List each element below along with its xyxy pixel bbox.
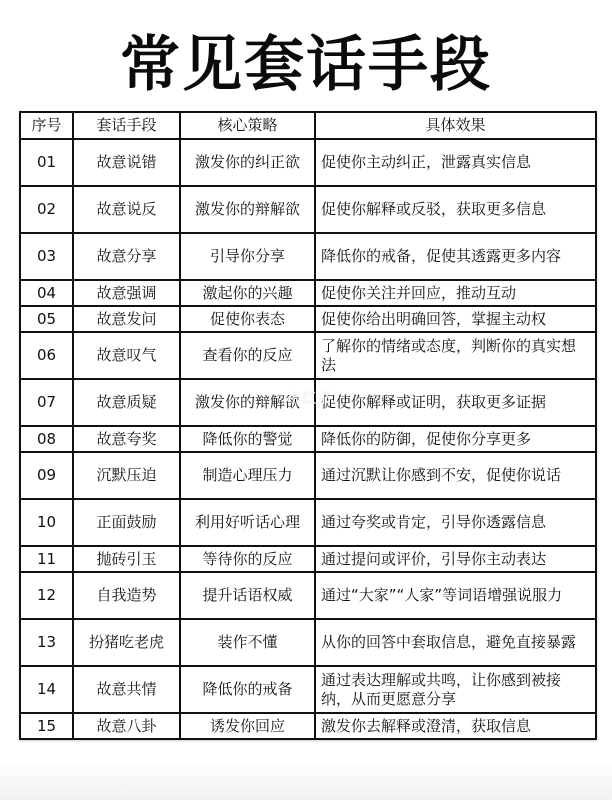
row-index: 07 <box>20 379 73 426</box>
row-strategy: 激发你的纠正欲 <box>180 139 315 186</box>
row-effect: 了解你的情绪或态度，判断你的真实想法 <box>315 332 596 379</box>
row-effect: 促使你主动纠正，泄露真实信息 <box>315 139 596 186</box>
row-tactic: 故意强调 <box>73 280 180 306</box>
table-row: 06故意叹气查看你的反应了解你的情绪或态度，判断你的真实想法 <box>20 332 596 379</box>
row-effect: 通过提问或评价，引导你主动表达 <box>315 546 596 572</box>
row-effect: 通过“大家”“人家”等词语增强说服力 <box>315 572 596 619</box>
row-index: 06 <box>20 332 73 379</box>
row-strategy: 促使你表态 <box>180 306 315 332</box>
header-strategy: 核心策略 <box>180 112 315 139</box>
row-strategy: 装作不懂 <box>180 619 315 666</box>
row-tactic: 故意质疑 <box>73 379 180 426</box>
row-strategy: 提升话语权威 <box>180 572 315 619</box>
table-row: 04故意强调激起你的兴趣促使你关注并回应，推动互动 <box>20 280 596 306</box>
table-row: 09沉默压迫制造心理压力通过沉默让你感到不安，促使你说话 <box>20 452 596 499</box>
row-strategy: 查看你的反应 <box>180 332 315 379</box>
row-effect: 降低你的防御，促使你分享更多 <box>315 426 596 452</box>
row-tactic: 故意分享 <box>73 233 180 280</box>
row-strategy: 诱发你回应 <box>180 713 315 739</box>
row-tactic: 故意说错 <box>73 139 180 186</box>
row-effect: 促使你解释或证明，获取更多证据 <box>315 379 596 426</box>
row-index: 10 <box>20 499 73 546</box>
table-row: 12自我造势提升话语权威通过“大家”“人家”等词语增强说服力 <box>20 572 596 619</box>
row-index: 05 <box>20 306 73 332</box>
row-strategy: 制造心理压力 <box>180 452 315 499</box>
header-effect: 具体效果 <box>315 112 596 139</box>
row-strategy: 等待你的反应 <box>180 546 315 572</box>
row-effect: 降低你的戒备，促使其透露更多内容 <box>315 233 596 280</box>
row-strategy: 激发你的辩解欲 <box>180 186 315 233</box>
row-index: 04 <box>20 280 73 306</box>
table-row: 11抛砖引玉等待你的反应通过提问或评价，引导你主动表达 <box>20 546 596 572</box>
row-tactic: 故意叹气 <box>73 332 180 379</box>
row-index: 14 <box>20 666 73 713</box>
row-tactic: 故意八卦 <box>73 713 180 739</box>
table-row: 10正面鼓励利用好听话心理通过夸奖或肯定，引导你透露信息 <box>20 499 596 546</box>
page-title: 常见套话手段 <box>0 30 612 100</box>
row-tactic: 抛砖引玉 <box>73 546 180 572</box>
row-strategy: 降低你的戒备 <box>180 666 315 713</box>
background-fade <box>0 760 612 800</box>
row-index: 15 <box>20 713 73 739</box>
table-row: 02故意说反激发你的辩解欲促使你解释或反驳，获取更多信息 <box>20 186 596 233</box>
row-index: 01 <box>20 139 73 186</box>
row-effect: 促使你给出明确回答，掌握主动权 <box>315 306 596 332</box>
table-row: 03故意分享引导你分享降低你的戒备，促使其透露更多内容 <box>20 233 596 280</box>
table-row: 13扮猪吃老虎装作不懂从你的回答中套取信息，避免直接暴露 <box>20 619 596 666</box>
watermark-logo: 小红书 <box>287 388 332 408</box>
row-index: 09 <box>20 452 73 499</box>
row-effect: 通过沉默让你感到不安，促使你说话 <box>315 452 596 499</box>
row-index: 12 <box>20 572 73 619</box>
table-row: 05故意发问促使你表态促使你给出明确回答，掌握主动权 <box>20 306 596 332</box>
row-index: 03 <box>20 233 73 280</box>
row-tactic: 扮猪吃老虎 <box>73 619 180 666</box>
table-row: 14故意共情降低你的戒备通过表达理解或共鸣，让你感到被接纳，从而更愿意分享 <box>20 666 596 713</box>
table-row: 08故意夸奖降低你的警觉降低你的防御，促使你分享更多 <box>20 426 596 452</box>
header-tactic: 套话手段 <box>73 112 180 139</box>
table-header-row: 序号 套话手段 核心策略 具体效果 <box>20 112 596 139</box>
row-strategy: 引导你分享 <box>180 233 315 280</box>
row-index: 13 <box>20 619 73 666</box>
table-row: 01故意说错激发你的纠正欲促使你主动纠正，泄露真实信息 <box>20 139 596 186</box>
row-index: 11 <box>20 546 73 572</box>
row-tactic: 故意共情 <box>73 666 180 713</box>
header-index: 序号 <box>20 112 73 139</box>
row-tactic: 沉默压迫 <box>73 452 180 499</box>
row-tactic: 自我造势 <box>73 572 180 619</box>
row-tactic: 故意发问 <box>73 306 180 332</box>
row-effect: 促使你解释或反驳，获取更多信息 <box>315 186 596 233</box>
row-index: 08 <box>20 426 73 452</box>
row-effect: 从你的回答中套取信息，避免直接暴露 <box>315 619 596 666</box>
row-tactic: 正面鼓励 <box>73 499 180 546</box>
table-body: 01故意说错激发你的纠正欲促使你主动纠正，泄露真实信息02故意说反激发你的辩解欲… <box>20 139 596 739</box>
row-effect: 通过表达理解或共鸣，让你感到被接纳，从而更愿意分享 <box>315 666 596 713</box>
row-index: 02 <box>20 186 73 233</box>
row-tactic: 故意说反 <box>73 186 180 233</box>
row-strategy: 利用好听话心理 <box>180 499 315 546</box>
table-row: 15故意八卦诱发你回应激发你去解释或澄清，获取信息 <box>20 713 596 739</box>
row-effect: 通过夸奖或肯定，引导你透露信息 <box>315 499 596 546</box>
row-effect: 促使你关注并回应，推动互动 <box>315 280 596 306</box>
tactics-table: 序号 套话手段 核心策略 具体效果 01故意说错激发你的纠正欲促使你主动纠正，泄… <box>19 111 597 740</box>
row-strategy: 激起你的兴趣 <box>180 280 315 306</box>
row-tactic: 故意夸奖 <box>73 426 180 452</box>
row-strategy: 降低你的警觉 <box>180 426 315 452</box>
row-effect: 激发你去解释或澄清，获取信息 <box>315 713 596 739</box>
